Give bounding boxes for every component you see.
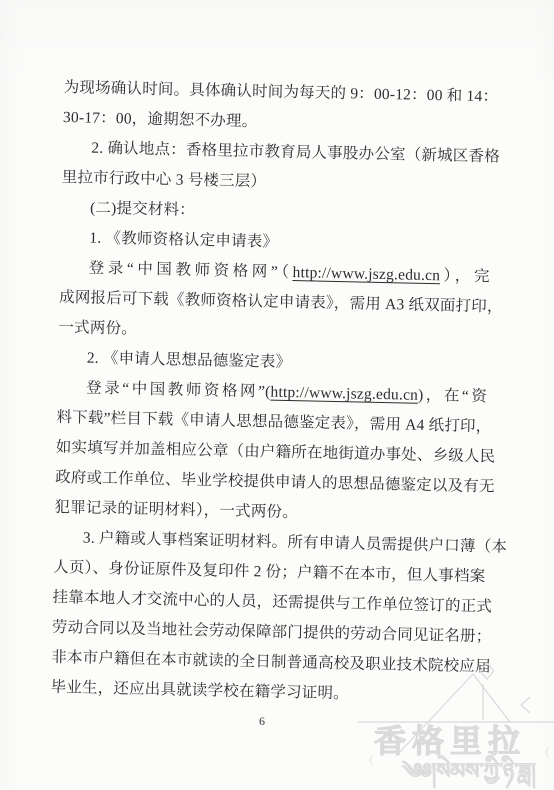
watermark-right-ornament-icon: 《 — [539, 744, 550, 760]
text-segment: 里拉市行政中心 3 号楼三层） — [62, 169, 267, 190]
text-segment: 3. 户籍或人事档案证明材料。所有申请人员需提供户口薄（本 — [83, 530, 508, 556]
text-segment: 30-17：00，逾期恕不办理。 — [63, 109, 258, 130]
watermark-chinese-text: 香格里拉 — [374, 724, 550, 758]
text-segment: 登录“中国教师资格网”（ — [89, 260, 293, 281]
text-segment: 挂靠本地人才交流中心的人员，还需提供与工作单位签订的正式 — [52, 589, 492, 616]
text-segment: 料下载”栏目下载《申请人思想品德鉴定表》，需用 A4 纸打印， — [56, 409, 491, 435]
text-segment: 毕业生，还应出具就读学校在籍学习证明。 — [50, 679, 349, 703]
text-segment: 登录“中国教师资格网”( — [86, 380, 271, 401]
text-segment: 2. 《申请人思想品德鉴定表》 — [87, 350, 292, 371]
page-number: 6 — [0, 714, 539, 729]
text-segment: 犯罪记录的证明材料），一式两份。 — [54, 499, 298, 521]
text-segment: 劳动合同以及当地社会劳动保障部门提供的劳动合同见证名册； — [52, 619, 492, 646]
text-segment: 2. 确认地点：香格里拉市教育局人事股办公室（新城区香格 — [91, 140, 500, 166]
text-segment: 一式两份。 — [58, 319, 137, 338]
text-segment: 政府或工作单位、毕业学校提供申请人的思想品德鉴定以及有无 — [55, 469, 495, 496]
text-segment: 1. 《教师资格认定申请表》 — [89, 230, 278, 251]
text-segment: 人页）、身份证原件及复印件 2 份；户籍不在本市，但人事档案 — [53, 559, 486, 585]
text-segment: 如实填写并加盖相应公章（由户籍所在地街道办事处、乡级人民 — [56, 439, 496, 466]
text-segment: 非本市户籍但在本市就读的全日制普通高校及职业技术院校应届 — [51, 649, 491, 676]
document-page: 为现场确认时间。具体确认时间为每天的 9：00-12：00 和 14：30-17… — [0, 0, 554, 790]
watermark-left-ornament-icon: 《 — [363, 752, 374, 768]
url-text: http://www.jszg.edu.cn — [270, 384, 418, 404]
text-segment: 成网报后可下载《教师资格认定申请表》，需用 A3 纸双面打印， — [59, 289, 503, 316]
text-segment: ），完 — [440, 267, 490, 285]
text-segment: )，在“资 — [418, 387, 487, 406]
url-text: http://www.jszg.edu.cn — [292, 264, 440, 284]
text-segment: 为现场确认时间。具体确认时间为每天的 9：00-12：00 和 14： — [63, 79, 498, 105]
text-segment: (二)提交材料： — [90, 200, 195, 219]
watermark-tibetan-text: ༄༅།སེམས་ཀྱི་ཉི་ཟླ། — [386, 756, 552, 786]
document-body: 为现场确认时间。具体确认时间为每天的 9：00-12：00 和 14：30-17… — [50, 73, 494, 712]
